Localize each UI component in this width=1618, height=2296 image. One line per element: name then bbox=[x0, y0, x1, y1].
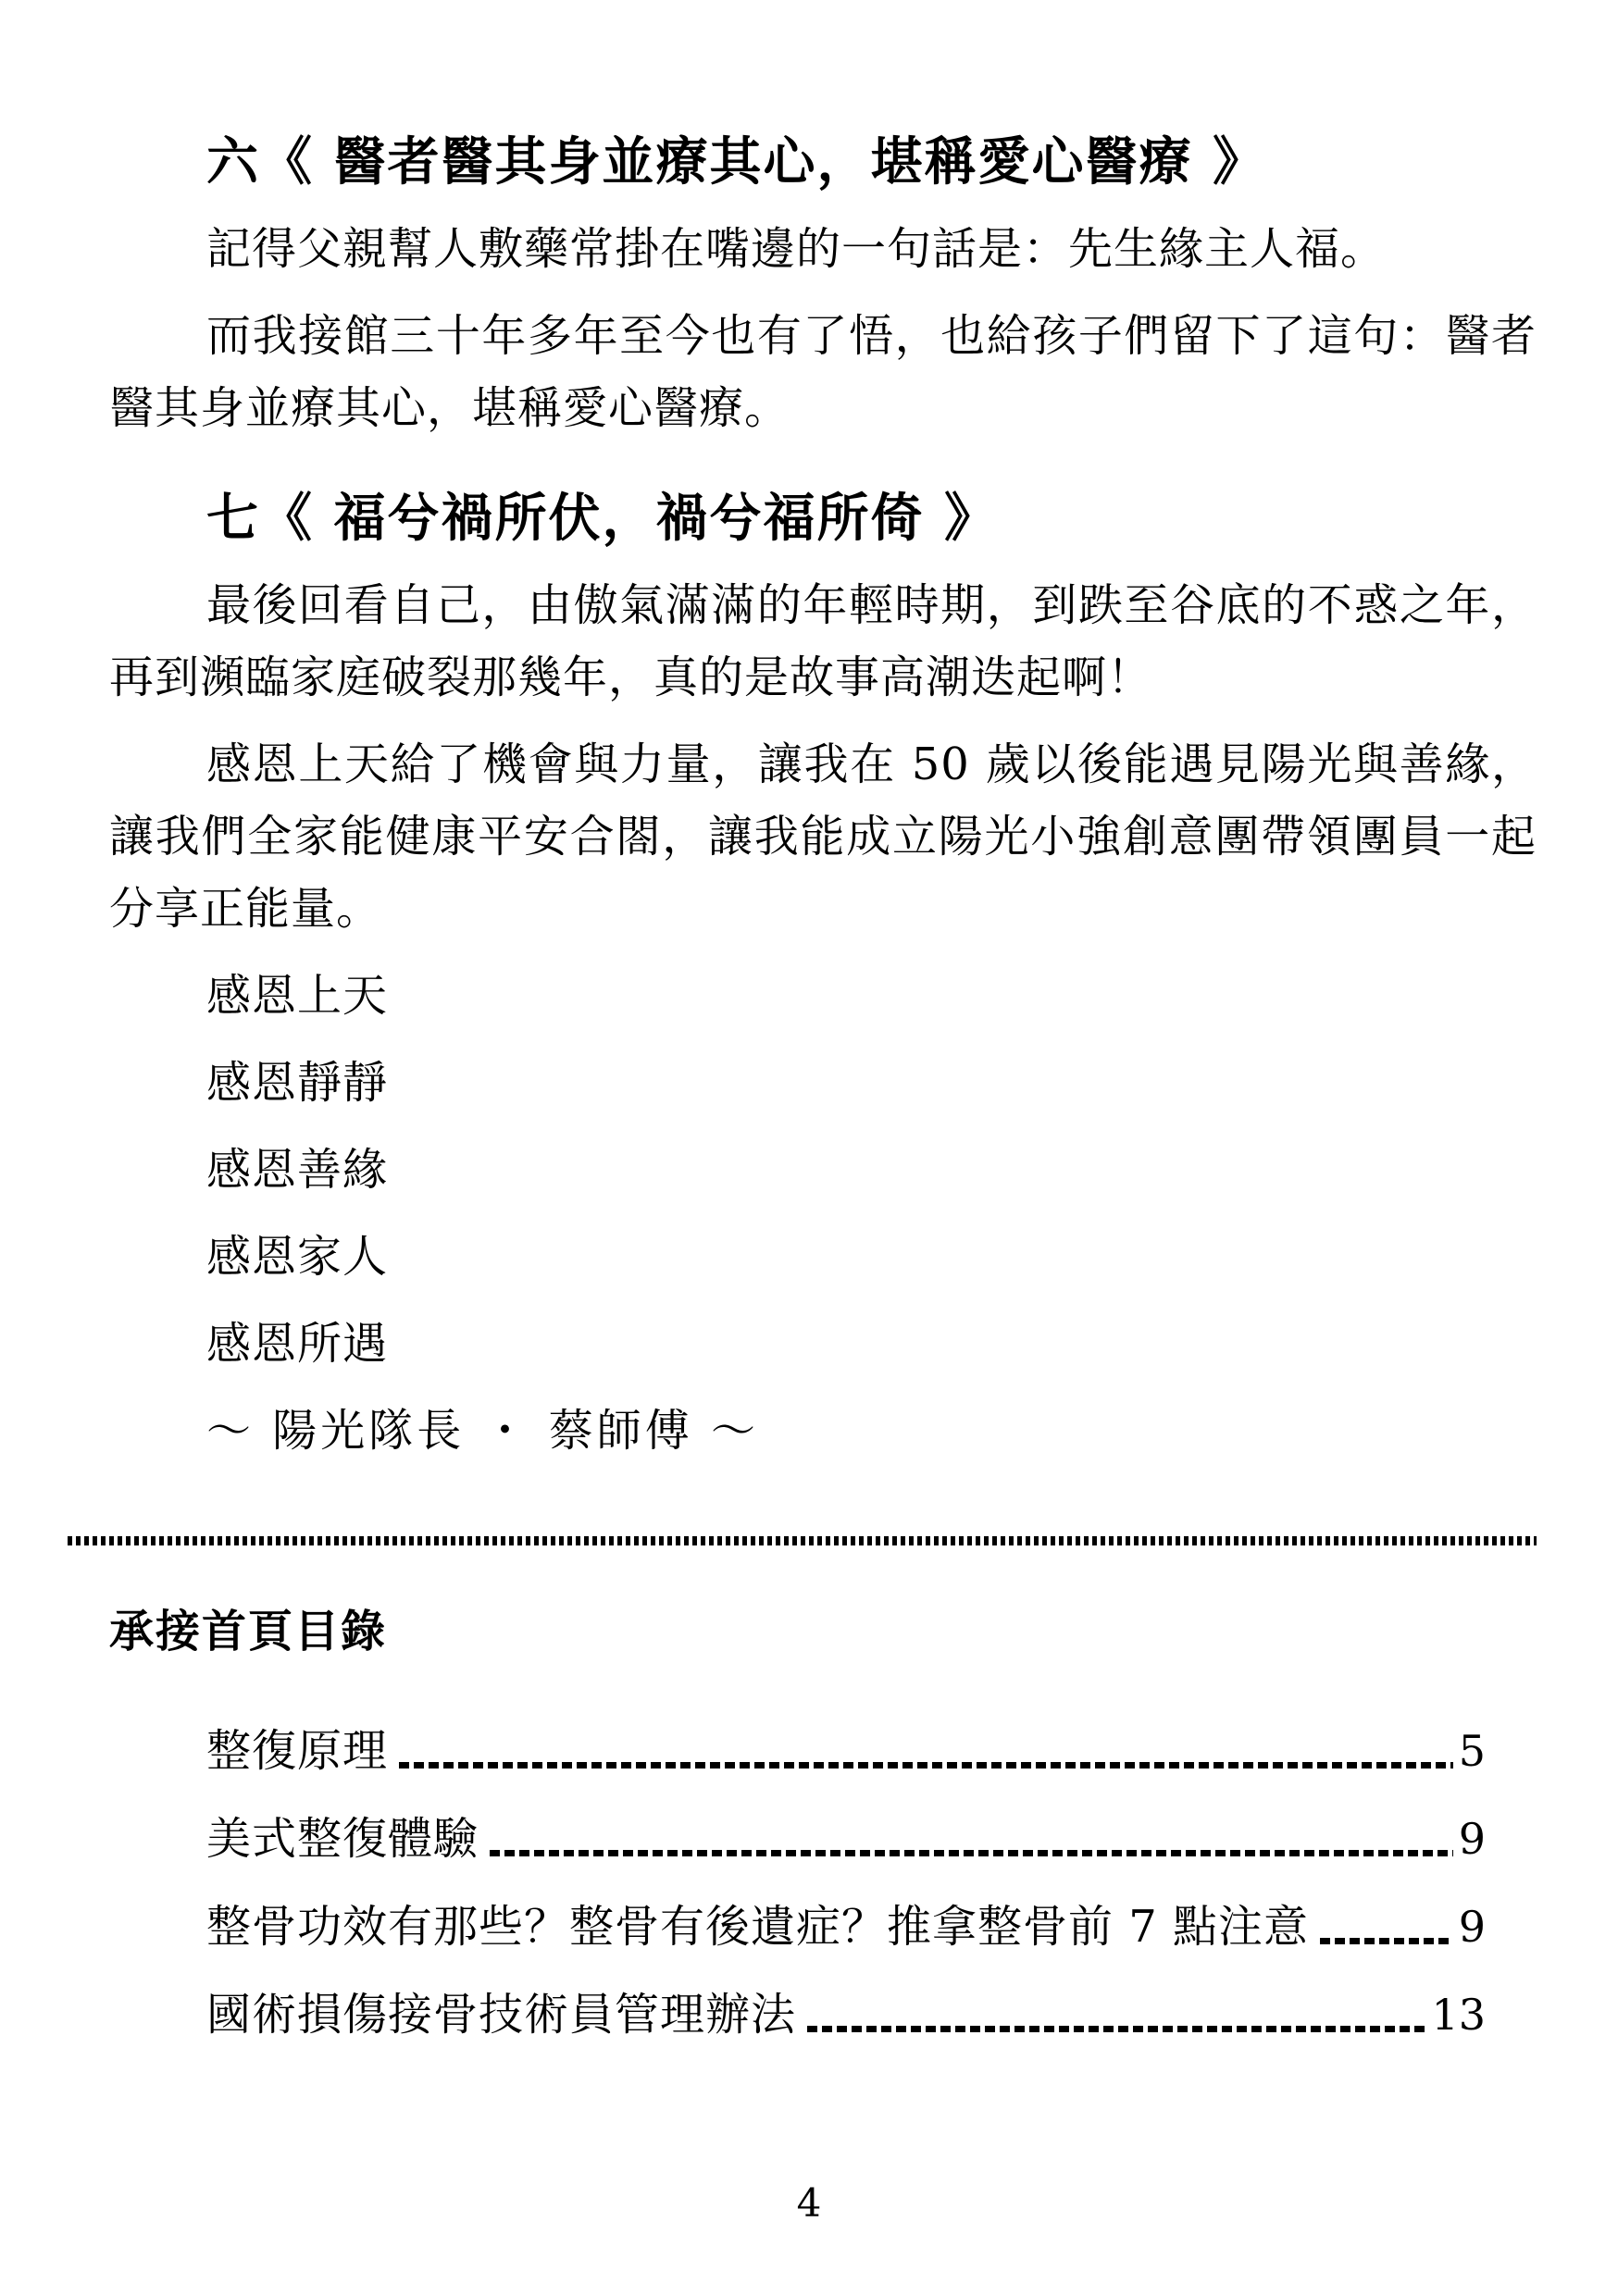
toc-entry-label: 整復原理 bbox=[206, 1715, 388, 1787]
gratitude-line: 感恩靜靜 bbox=[109, 1047, 1537, 1119]
toc-entry-label: 整骨功效有那些？整骨有後遺症？推拿整骨前 7 點注意 bbox=[206, 1891, 1309, 1963]
toc-entry-row: 美式整復體驗 9 bbox=[206, 1803, 1486, 1875]
footer-page-number: 4 bbox=[0, 2176, 1618, 2231]
toc-entry-label: 國術損傷接骨技術員管理辦法 bbox=[206, 1979, 796, 2051]
signature-line: ～ 陽光隊長 ・ 蔡師傅 ～ bbox=[109, 1395, 1537, 1467]
section-seven-paragraph-2: 感恩上天給了機會與力量，讓我在 50 歲以後能遇見陽光與善緣，讓我們全家能健康平… bbox=[109, 728, 1537, 945]
toc-dash-leader bbox=[807, 2026, 1425, 2032]
toc-dash-leader bbox=[1320, 1938, 1453, 1944]
toc-entry-page-number: 5 bbox=[1459, 1715, 1486, 1787]
toc-entry-label: 美式整復體驗 bbox=[206, 1803, 479, 1875]
toc-title: 承接首頁目錄 bbox=[109, 1599, 1537, 1664]
gratitude-line: 感恩善緣 bbox=[109, 1134, 1537, 1206]
toc-entry-row: 國術損傷接骨技術員管理辦法 13 bbox=[206, 1979, 1486, 2051]
section-six-paragraph-1: 記得父親幫人敷藥常掛在嘴邊的一句話是：先生緣主人福。 bbox=[109, 213, 1537, 285]
toc-entry-page-number: 9 bbox=[1459, 1803, 1486, 1875]
gratitude-line: 感恩所遇 bbox=[109, 1308, 1537, 1380]
section-six-heading: 六《 醫者醫其身並療其心，堪稱愛心醫療 》 bbox=[109, 130, 1537, 194]
document-page: 六《 醫者醫其身並療其心，堪稱愛心醫療 》 記得父親幫人敷藥常掛在嘴邊的一句話是… bbox=[0, 0, 1618, 2296]
toc-list: 整復原理 5 美式整復體驗 9 整骨功效有那些？整骨有後遺症？推拿整骨前 7 點… bbox=[109, 1715, 1486, 2051]
section-seven-paragraph-1: 最後回看自己，由傲氣滿滿的年輕時期，到跌至谷底的不惑之年，再到瀕臨家庭破裂那幾年… bbox=[109, 569, 1537, 714]
toc-dash-leader bbox=[399, 1762, 1453, 1769]
toc-entry-page-number: 13 bbox=[1431, 1979, 1486, 2051]
gratitude-line: 感恩上天 bbox=[109, 960, 1537, 1032]
toc-entry-page-number: 9 bbox=[1459, 1891, 1486, 1963]
section-seven-heading: 七《 福兮禍所伏，禍兮福所倚 》 bbox=[109, 486, 1537, 551]
gratitude-line: 感恩家人 bbox=[109, 1221, 1537, 1293]
toc-dash-leader bbox=[490, 1850, 1453, 1856]
toc-entry-row: 整復原理 5 bbox=[206, 1715, 1486, 1787]
dotted-separator bbox=[68, 1536, 1537, 1545]
section-six-paragraph-2: 而我接館三十年多年至今也有了悟，也給孩子們留下了這句：醫者醫其身並療其心，堪稱愛… bbox=[109, 300, 1537, 444]
toc-entry-row: 整骨功效有那些？整骨有後遺症？推拿整骨前 7 點注意 9 bbox=[206, 1891, 1486, 1963]
